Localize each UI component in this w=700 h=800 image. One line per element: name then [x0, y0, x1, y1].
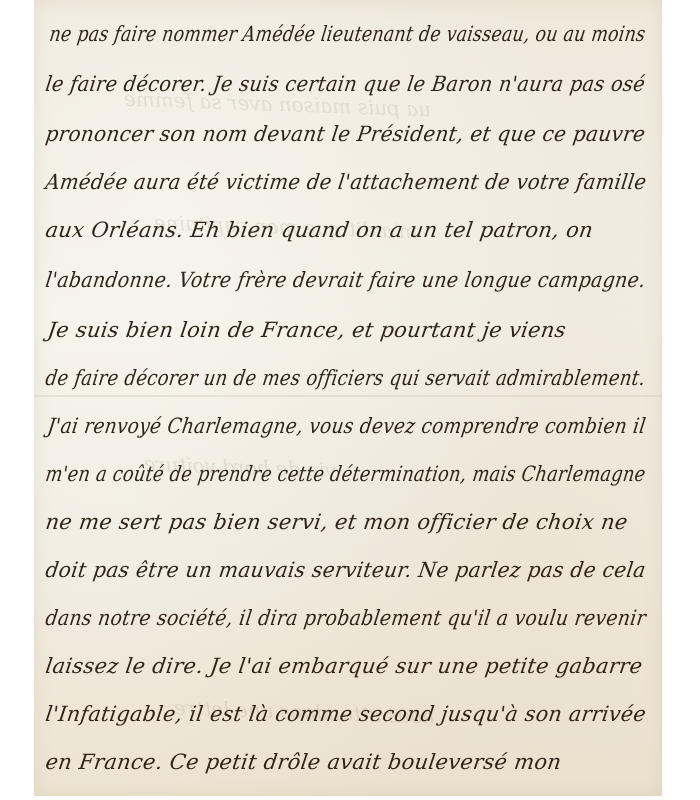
letter-line-6: l'abandonne. Votre frère devrait faire u…: [44, 268, 647, 292]
letter-line-4: Amédée aura été victime de l'attachement…: [44, 170, 648, 194]
letter-line-11: ne me sert pas bien servi, et mon offici…: [44, 510, 629, 534]
letter-line-1: ne pas faire nommer Amédée lieutenant de…: [48, 22, 647, 46]
letter-line-16: en France. Ce petit drôle avait boulever…: [44, 750, 563, 774]
letter-line-3: prononcer son nom devant le Président, e…: [44, 122, 647, 146]
letter-line-13: dans notre société, il dira probablement…: [44, 606, 648, 630]
letter-line-12: doit pas être un mauvais serviteur. Ne p…: [44, 558, 647, 582]
letter-line-14: laissez le dire. Je l'ai embarqué sur un…: [44, 654, 644, 678]
letter-page: ua puis maison aver sa femme m'a dit que…: [34, 0, 662, 796]
letter-line-10: m'en a coûté de prendre cette déterminat…: [44, 462, 647, 486]
paper-fold-line: [34, 395, 662, 397]
letter-line-7: Je suis bien loin de France, et pourtant…: [46, 318, 568, 342]
letter-line-2: le faire décorer. Je suis certain que le…: [44, 72, 647, 96]
letter-line-9: J'ai renvoyé Charlemagne, vous devez com…: [46, 414, 647, 438]
letter-line-5: aux Orléans. Eh bien quand on a un tel p…: [44, 218, 595, 242]
letter-line-8: de faire décorer un de mes officiers qui…: [44, 366, 647, 390]
letter-line-15: l'Infatigable, il est là comme second ju…: [44, 702, 648, 726]
